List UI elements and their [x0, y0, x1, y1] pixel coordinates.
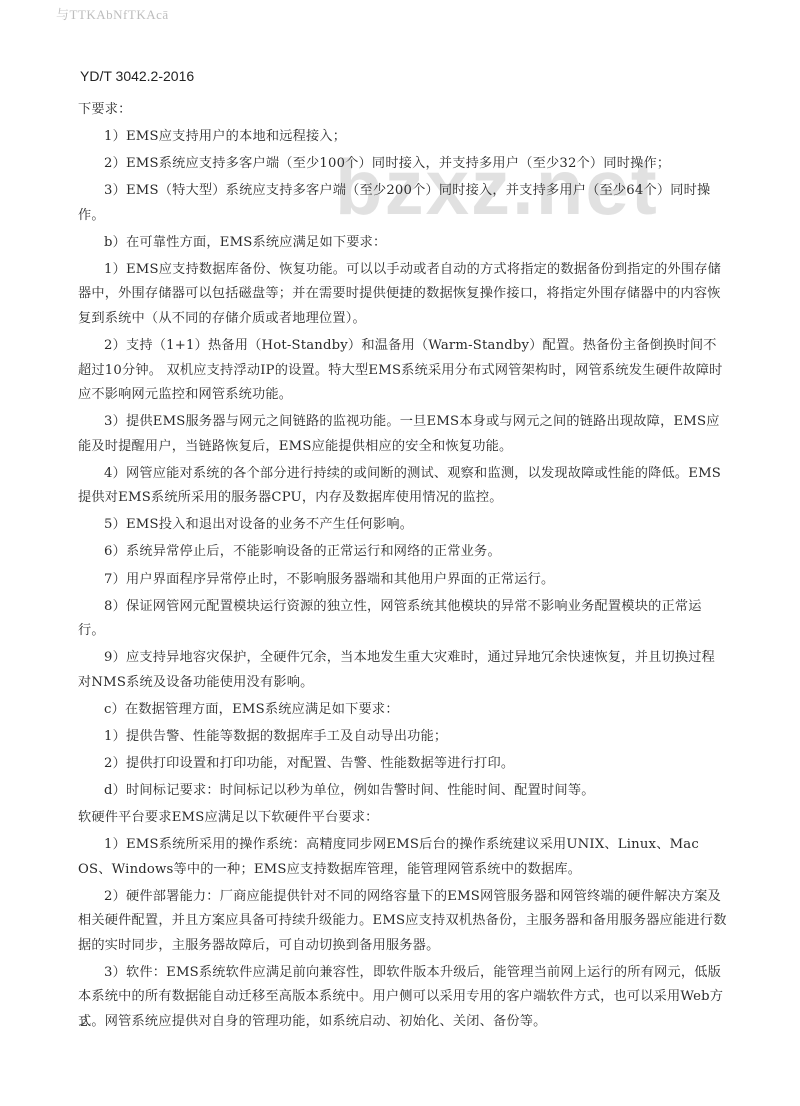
paragraph: 3）软件：EMS系统软件应满足前向兼容性，即软件版本升级后，能管理当前网上运行的… [78, 961, 728, 1035]
paragraph: 软硬件平台要求EMS应满足以下软硬件平台要求： [78, 806, 728, 831]
paragraph: 8）保证网管网元配置模块运行资源的独立性，网管系统其他模块的异常不影响业务配置模… [78, 595, 728, 644]
paragraph: 2）EMS系统应支持多客户端（至少100个）同时接入，并支持多用户（至少32个）… [78, 152, 728, 177]
paragraph: 2）支持（1+1）热备用（Hot-Standby）和温备用（Warm-Stand… [78, 334, 728, 408]
paragraph: 6）系统异常停止后，不能影响设备的正常运行和网络的正常业务。 [78, 540, 728, 565]
paragraph: d）时间标记要求：时间标记以秒为单位，例如告警时间、性能时间、配置时间等。 [78, 779, 728, 804]
paragraph: 1）EMS应支持用户的本地和远程接入； [78, 125, 728, 150]
paragraph: 1）提供告警、性能等数据的数据库手工及自动导出功能； [78, 725, 728, 750]
paragraph: 2）硬件部署能力：厂商应能提供针对不同的网络容量下的EMS网管服务器和网管终端的… [78, 885, 728, 959]
top-watermark-text: 与TTKAbNfTKAcā [56, 4, 169, 23]
paragraph: 5）EMS投入和退出对设备的业务不产生任何影响。 [78, 513, 728, 538]
paragraph: 7）用户界面程序异常停止时，不影响服务器端和其他用户界面的正常运行。 [78, 568, 728, 593]
paragraph: 9）应支持异地容灾保护，全硬件冗余，当本地发生重大灾难时，通过异地冗余快速恢复，… [78, 646, 728, 695]
paragraph: 4）网管应能对系统的各个部分进行持续的或间断的测试、观察和监测，以发现故障或性能… [78, 462, 728, 511]
document-body: 下要求： 1）EMS应支持用户的本地和远程接入； 2）EMS系统应支持多客户端（… [78, 98, 728, 1037]
paragraph: c）在数据管理方面，EMS系统应满足如下要求： [78, 698, 728, 723]
paragraph: b）在可靠性方面，EMS系统应满足如下要求： [78, 231, 728, 256]
document-id-header: YD/T 3042.2-2016 [80, 68, 194, 84]
paragraph: 1）EMS应支持数据库备份、恢复功能。可以以手动或者自动的方式将指定的数据备份到… [78, 258, 728, 332]
paragraph: 3）EMS（特大型）系统应支持多客户端（至少200个）同时接入，并支持多用户（至… [78, 179, 728, 228]
paragraph: 1）EMS系统所采用的操作系统：高精度同步网EMS后台的操作系统建议采用UNIX… [78, 833, 728, 882]
paragraph: 2）提供打印设置和打印功能，对配置、告警、性能数据等进行打印。 [78, 752, 728, 777]
paragraph: 下要求： [78, 98, 728, 123]
paragraph: 3）提供EMS服务器与网元之间链路的监视功能。一旦EMS本身或与网元之间的链路出… [78, 410, 728, 459]
